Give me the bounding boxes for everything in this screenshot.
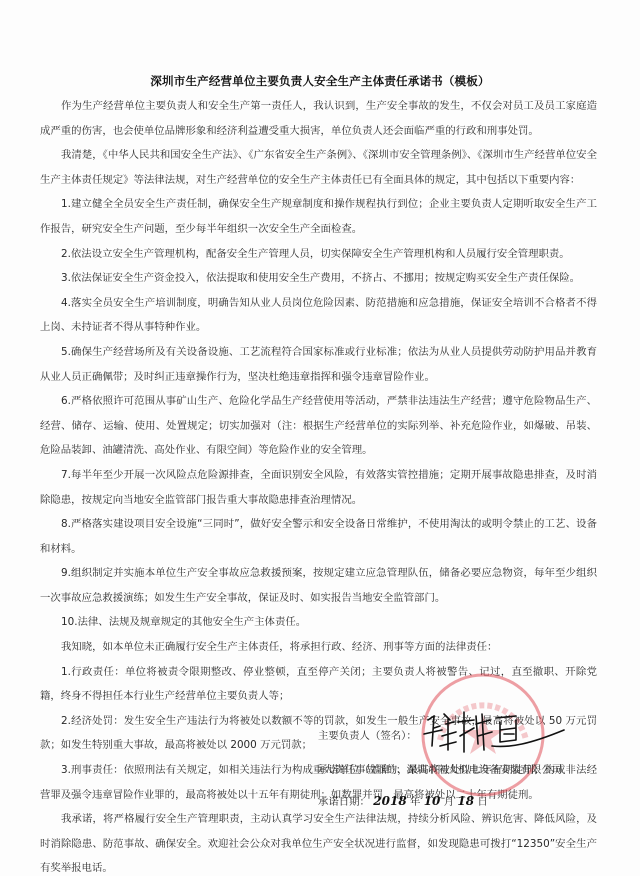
document-title: 深圳市生产经营单位主要负责人安全生产主体责任承诺书（模板） xyxy=(0,73,640,89)
paragraph-item-6: 6.严格依照许可范围从事矿山生产、危险化学品生产经营使用等活动，严禁非法违法生产… xyxy=(40,389,597,463)
paragraph-item-1: 1.建立健全全员安全生产责任制，确保安全生产规章制度和操作规程执行到位；企业主要… xyxy=(40,192,597,241)
paragraph-item-9: 9.组织制定并实施本单位生产安全事故应急救援预案，按规定建立应急管理队伍，储备必… xyxy=(40,561,597,610)
document-page: 深圳市生产经营单位主要负责人安全生产主体责任承诺书（模板） 作为生产经营单位主要… xyxy=(0,0,640,876)
paragraph-item-8: 8.严格落实建设项目安全设施“三同时”，做好安全警示和安全设备日常维护，不使用淘… xyxy=(40,512,597,561)
paragraph-laws: 我清楚，《中华人民共和国安全生产法》、《广东省安全生产条例》、《深圳市安全管理条… xyxy=(40,143,597,192)
commitment-date: 承诺日期： 2018 年 10 月 18 日 xyxy=(318,793,488,808)
date-month: 10 xyxy=(424,794,441,808)
signatory-label: 主要负责人（签名）： xyxy=(318,727,417,742)
date-year: 2018 xyxy=(373,794,406,808)
paragraph-item-2: 2.依法设立安全生产管理机构，配备安全生产管理人员，切实保障安全生产管理机构和人… xyxy=(40,242,597,267)
paragraph-liability-intro: 我知晓，如本单位未正确履行安全生产主体责任，将承担行政、经济、刑事等方面的法律责… xyxy=(40,635,597,660)
committing-unit: 承诺单位（盖章）：深圳市同大机电设备安装有限公司 xyxy=(318,761,562,776)
paragraph-intro: 作为生产经营单位主要负责人和安全生产第一责任人，我认识到，生产安全事故的发生，不… xyxy=(40,94,597,143)
unit-label: 承诺单位（盖章）： xyxy=(318,764,406,776)
handwritten-signature-icon xyxy=(420,706,570,754)
date-label: 承诺日期： xyxy=(318,796,370,808)
date-year-unit: 年 xyxy=(410,796,420,808)
paragraph-item-5: 5.确保生产经营场所及有关设备设施、工艺流程符合国家标准或行业标准；依法为从业人… xyxy=(40,340,597,389)
unit-name: 深圳市同大机电设备安装有限公司 xyxy=(406,764,562,776)
paragraph-item-4: 4.落实全员安全生产培训制度，明确告知从业人员岗位危险因素、防范措施和应急措施，… xyxy=(40,291,597,340)
date-day-unit: 日 xyxy=(477,796,487,808)
paragraph-commitment: 我承诺，将严格履行安全生产管理职责，主动认真学习安全生产法律法规，持续分析风险、… xyxy=(40,807,597,876)
paragraph-item-7: 7.每半年至少开展一次风险点危险源排查，全面识别安全风险，有效落实管控措施；定期… xyxy=(40,463,597,512)
paragraph-item-3: 3.依法保证安全生产资金投入，依法提取和使用安全生产费用，不挤占、不挪用；按规定… xyxy=(40,266,597,291)
date-day: 18 xyxy=(457,794,474,808)
date-month-unit: 月 xyxy=(444,796,454,808)
paragraph-item-10: 10.法律、法规及规章规定的其他安全生产主体责任。 xyxy=(40,610,597,635)
